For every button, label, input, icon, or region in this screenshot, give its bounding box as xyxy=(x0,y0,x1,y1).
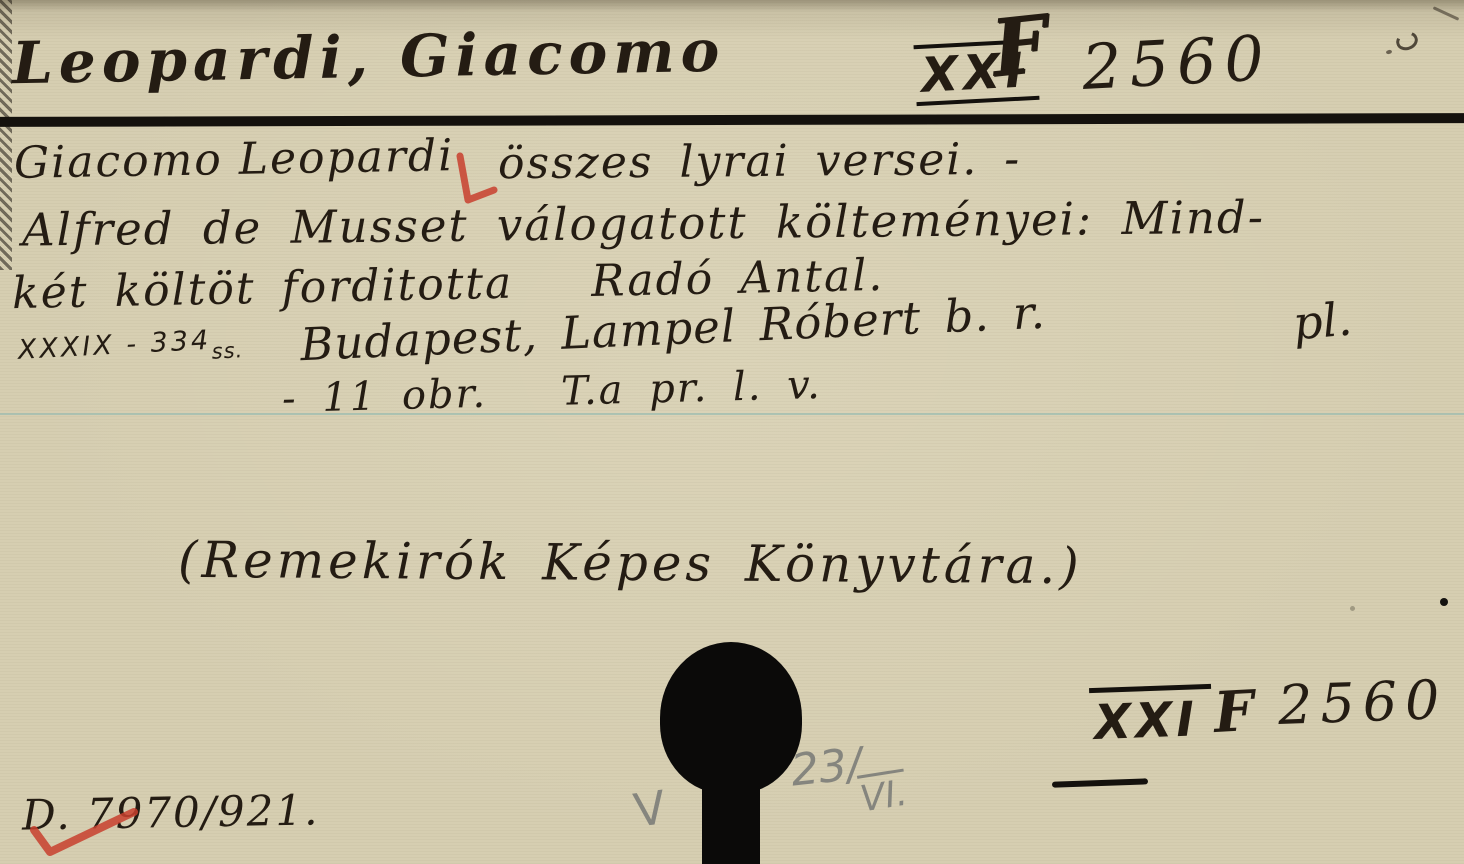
title-line2: Alfred de Musset válogatott költeményei:… xyxy=(22,194,1265,252)
faint-ink-dot xyxy=(1350,606,1355,611)
physical-description-note: - 11 obr. T.a pr. l. v. xyxy=(282,365,823,419)
catalog-card: Leopardi, Giacomo XXI F 2560 Giacomo Leo… xyxy=(0,0,1464,864)
collation-suffix: ss. xyxy=(211,338,244,364)
call-number-top-serial: 2560 xyxy=(1081,27,1274,99)
author-statement: Giacomo Leopardi xyxy=(14,134,455,186)
ink-smudge-icon xyxy=(1394,29,1421,53)
call-number-bottom-letter: F xyxy=(1213,683,1256,741)
call-number-top-letter: F xyxy=(988,5,1051,88)
pencil-check-mark: V xyxy=(631,784,669,834)
red-check-icon xyxy=(26,804,142,864)
ink-smudge-dot xyxy=(1386,49,1393,54)
call-number-bottom-serial: 2560 xyxy=(1277,673,1448,733)
left-edge-scan-artifact xyxy=(0,0,12,270)
main-entry-heading: Leopardi, Giacomo xyxy=(12,22,726,92)
heading-divider-rule xyxy=(0,113,1464,127)
collation-statement: XXXIX - 334ss. xyxy=(17,325,244,373)
collation-pages: XXXIX - 334 xyxy=(17,325,212,366)
copies-note: pl. xyxy=(1291,296,1354,347)
printed-blue-rule xyxy=(0,413,1464,415)
title-statement: összes lyrai versei. - xyxy=(498,138,1022,187)
series-note: (Remekirók Képes Könyvtára.) xyxy=(178,535,1083,591)
ink-dot xyxy=(1440,598,1448,606)
pencil-date-month: VI. xyxy=(857,769,910,819)
top-edge-shadow xyxy=(0,0,1464,12)
pencil-date-day: 23/ xyxy=(789,742,864,793)
keyhole-punch-slot xyxy=(702,772,760,864)
call-number-underline-stroke xyxy=(1052,778,1148,787)
call-number-bottom-class: XXI xyxy=(1089,684,1213,747)
